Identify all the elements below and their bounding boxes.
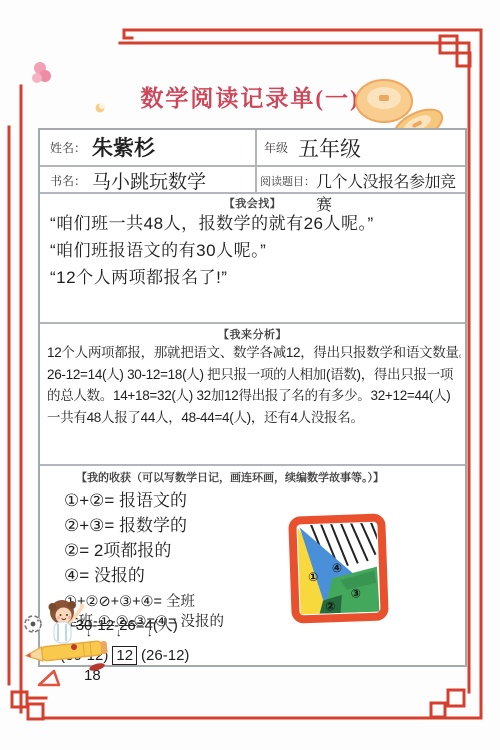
quote-line: “咱们班报语文的有30人呢。” (50, 237, 374, 264)
find-section: “咱们班一共48人，报数学的就有26人呢。” “咱们班报语文的有30人呢。” “… (50, 210, 374, 291)
diagram-label-green: ③ (351, 586, 362, 600)
eq-part: =4(人) (136, 617, 178, 634)
region-diagram: ① ④ ③ ② (286, 510, 392, 627)
grade-label: 年级 (264, 139, 288, 156)
harvest-section-header: 【我的收获（可以写数学日记，画连环画，续编数学故事等。）】 (76, 469, 384, 485)
name-value: 朱紫杉 (92, 132, 155, 162)
triangle-ruler-icon (39, 671, 59, 685)
harvest-line: ②= 2项都报的 (64, 538, 224, 563)
diagram-label-blue: ④ (332, 561, 343, 575)
analysis-section: 12个人两项都报，那就把语文、数学各减12，得出只报数学和语文数量。 26-12… (47, 342, 461, 428)
pencil-icon (25, 640, 108, 662)
analysis-line: 的总人数。14+18=32(人) 32加12得出报了名的有多少。32+12=44… (47, 385, 461, 407)
analysis-line: 12个人两项都报，那就把语文、数学各减12，得出只报数学和语文数量。 (47, 342, 461, 364)
section-divider (40, 464, 465, 466)
column-divider (255, 130, 257, 193)
grade-value: 五年级 (298, 133, 361, 163)
diagram-label-overlap: ② (325, 599, 336, 613)
worksheet-page: 数学阅读记录单(一) 姓名： 朱紫杉 年级 五年级 书名： 马小跳玩数学 阅读题… (0, 0, 500, 750)
harvest-line: ②+③= 报数学的 (64, 513, 224, 538)
record-table: 姓名： 朱紫杉 年级 五年级 书名： 马小跳玩数学 阅读题目： 几个人没报名参加… (38, 128, 467, 667)
substitution: (26-12) (141, 647, 189, 664)
harvest-line: ①+②= 报语文的 (64, 488, 224, 513)
section-divider (40, 322, 465, 324)
quote-line: “咱们班一共48人，报数学的就有26人呢。” (50, 210, 374, 237)
girl-riding-pencil-icon (16, 594, 128, 690)
book-value: 马小跳玩数学 (92, 167, 206, 194)
harvest-line: ④= 没报的 (64, 563, 224, 588)
book-label: 书名： (50, 172, 86, 189)
find-section-header: 【我会找】 (40, 195, 465, 211)
quote-line: “12个人两项都报名了!” (50, 264, 374, 291)
topic-label: 阅读题目： (260, 173, 315, 189)
analysis-line: 一共有48人报了44人，48-44=4(人)，还有4人没报名。 (47, 407, 461, 429)
down-arrow-icon: ↓ (147, 627, 153, 639)
soccer-ball-icon (25, 616, 41, 632)
analysis-line: 26-12=14(人) 30-12=18(人) 把只报一项的人相加(语数)，得出… (47, 364, 461, 386)
diagram-label-yellow: ① (308, 570, 319, 584)
name-label: 姓名： (50, 139, 86, 156)
analysis-section-header: 【我来分析】 (40, 326, 465, 342)
